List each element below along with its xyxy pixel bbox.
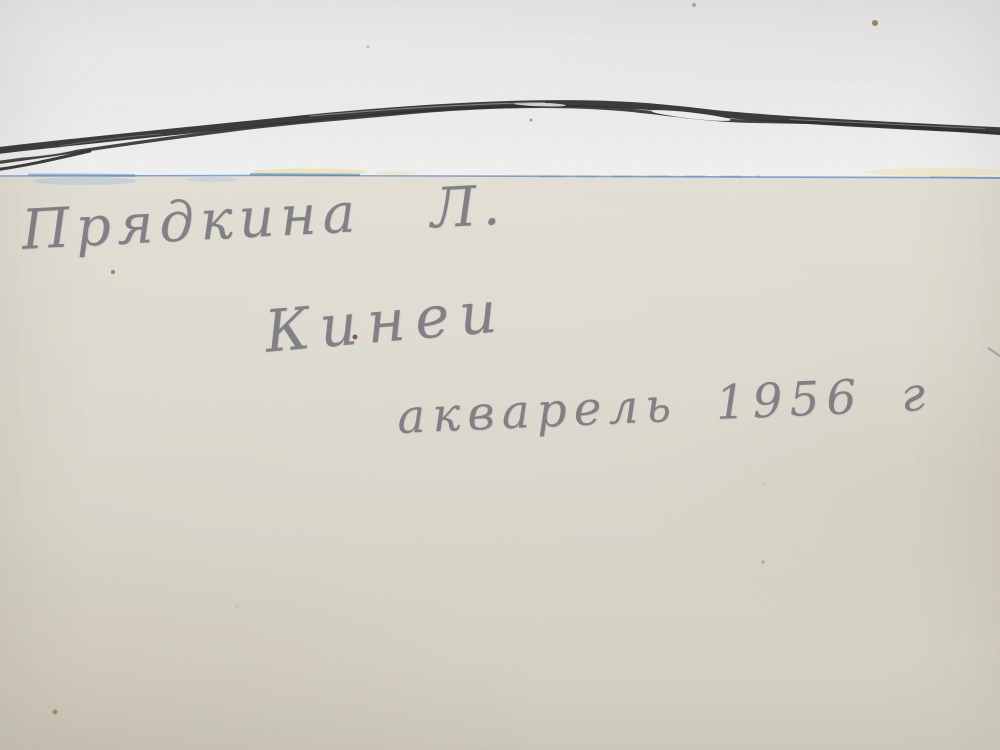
artwork-paper-back [0,177,1000,750]
photo-back-of-artwork: Прядкина Л. Кинеи акварель 1956 г [0,0,1000,750]
backing-board-area [0,0,1000,177]
